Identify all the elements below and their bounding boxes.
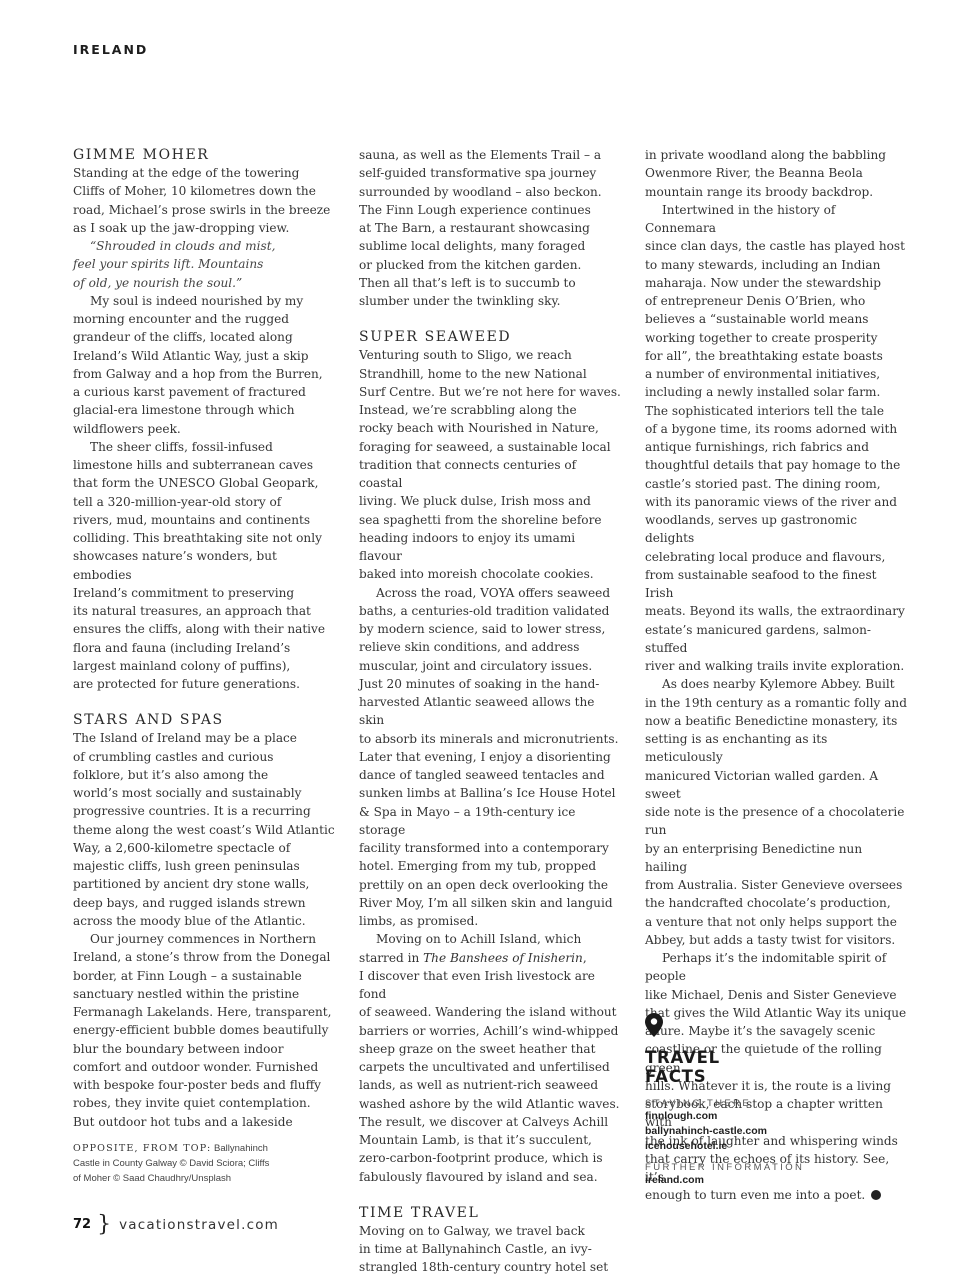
paragraph: Our journey commences in Northern Irelan… <box>73 930 335 1131</box>
link-ballynahinch-castle[interactable]: ballynahinch-castle.com <box>645 1124 865 1139</box>
page-footer: 72 } vacationstravel.com <box>73 1212 279 1237</box>
section-tag: IRELAND <box>73 42 148 57</box>
paragraph: sauna, as well as the Elements Trail – a… <box>359 146 621 310</box>
site-url: vacationstravel.com <box>119 1217 279 1233</box>
paragraph: Moving on to Galway, we travel back in t… <box>359 1222 621 1277</box>
link-icehousehotel[interactable]: icehousehotel.ie <box>645 1139 865 1154</box>
heading-super-seaweed: SUPER SEAWEED <box>359 328 621 346</box>
staying-there-label: STAYING THERE <box>645 1098 865 1109</box>
article-column-1: GIMME MOHER Standing at the edge of the … <box>73 146 335 1131</box>
brace-divider: } <box>97 1212 111 1237</box>
paragraph: The sheer cliffs, fossil-infused limesto… <box>73 438 335 694</box>
heading-time-travel: TIME TRAVEL <box>359 1204 621 1222</box>
article-column-2: sauna, as well as the Elements Trail – a… <box>359 146 621 1277</box>
paragraph: Intertwined in the history of Connemara … <box>645 201 907 676</box>
paragraph: in private woodland along the babbling O… <box>645 146 907 201</box>
end-mark-icon <box>871 1190 881 1200</box>
map-pin-icon <box>645 1013 663 1037</box>
further-information-label: FURTHER INFORMATION <box>645 1162 865 1173</box>
travel-facts-box: TRAVELFACTS STAYING THERE finnlough.com … <box>645 1013 865 1188</box>
paragraph: My soul is indeed nourished by my mornin… <box>73 292 335 438</box>
heading-gimme-moher: GIMME MOHER <box>73 146 335 164</box>
travel-facts-title: TRAVELFACTS <box>645 1048 865 1086</box>
paragraph: Standing at the edge of the towering Cli… <box>73 164 335 237</box>
film-title: The Banshees of Inisherin <box>423 951 583 965</box>
paragraph: Venturing south to Sligo, we reach Stran… <box>359 346 621 583</box>
page-number: 72 <box>73 1217 91 1232</box>
heading-stars-and-spas: STARS AND SPAS <box>73 711 335 729</box>
paragraph: As does nearby Kylemore Abbey. Built in … <box>645 675 907 949</box>
link-ireland[interactable]: ireland.com <box>645 1173 865 1188</box>
paragraph: Across the road, VOYA offers seaweed bat… <box>359 584 621 931</box>
paragraph: Moving on to Achill Island, which starre… <box>359 930 621 1186</box>
link-finnlough[interactable]: finnlough.com <box>645 1109 865 1124</box>
photo-caption: OPPOSITE, FROM TOP: Ballynahinch Castle … <box>73 1141 303 1186</box>
poem-quote: “Shrouded in clouds and mist, feel your … <box>73 237 335 292</box>
paragraph: The Island of Ireland may be a place of … <box>73 729 335 930</box>
